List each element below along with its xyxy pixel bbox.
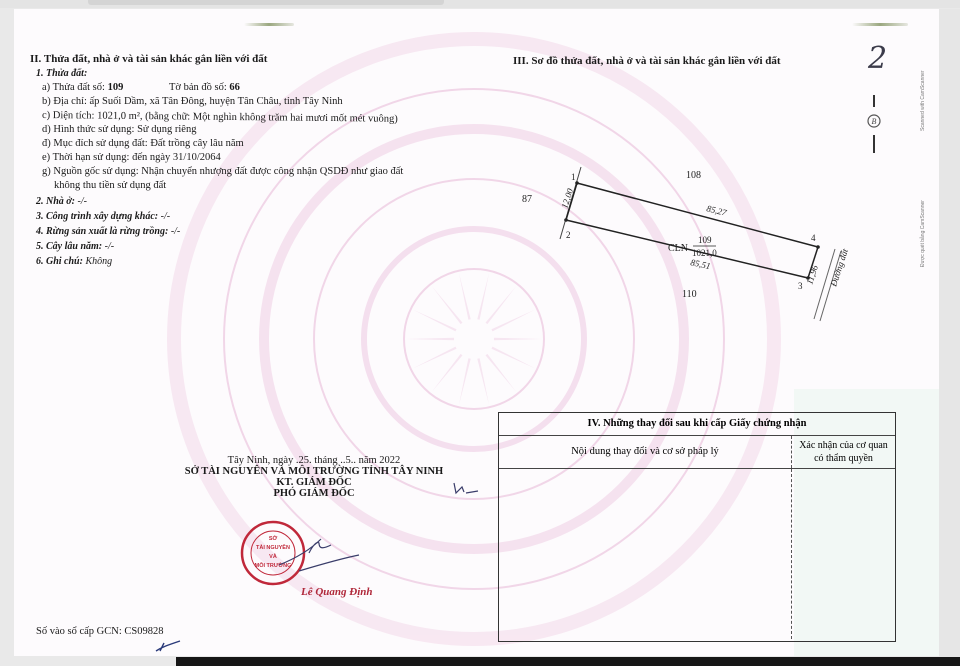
- viewer-bottom-bar: [176, 657, 960, 666]
- point-4-label: 4: [811, 233, 816, 243]
- parcel-number-line: a) Thửa đất số: 109: [42, 82, 123, 93]
- section-2-sub-heading: 1. Thửa đất:: [36, 68, 87, 79]
- viewer-scrollbar[interactable]: [939, 9, 960, 666]
- change-content-cell: [499, 469, 792, 639]
- usage-form-line: d) Hình thức sử dụng: Sử dụng riêng: [42, 124, 196, 135]
- scan-smudge: [244, 23, 294, 26]
- initials-mark-footer: [154, 639, 184, 653]
- note-item: 6. Ghi chú: Không: [36, 256, 112, 267]
- perennial-tree-item: 5. Cây lâu năm: -/-: [36, 241, 114, 252]
- parcel-area: 1021,0: [692, 248, 717, 258]
- scan-smudge: [852, 23, 908, 26]
- issue-date: Tây Ninh, ngày .25. tháng ..5.. năm 2022: [164, 455, 464, 466]
- other-construction-item: 3. Công trình xây dựng khác: -/-: [36, 211, 170, 222]
- official-stamp: SỞ TÀI NGUYÊN VÀ MÔI TRƯỜNG: [239, 519, 379, 589]
- road-label: Đường đất: [828, 247, 850, 289]
- column-change-content: Nội dung thay đổi và cơ sở pháp lý: [499, 436, 792, 468]
- gcn-register-number: Số vào sổ cấp GCN: CS09828: [36, 626, 163, 637]
- origin-line: g) Nguồn gốc sử dụng: Nhận chuyển nhượng…: [42, 166, 403, 177]
- margin-seal-mark: B: [864, 95, 884, 161]
- parcel-number-value: 109: [108, 82, 124, 93]
- neighbor-south: 110: [682, 289, 697, 300]
- origin-line-cont: không thu tiền sử dụng đất: [54, 180, 166, 191]
- signer-role-2: PHÓ GIÁM ĐỐC: [164, 488, 464, 499]
- section-2-heading: II. Thửa đất, nhà ở và tài sản khác gắn …: [30, 53, 267, 65]
- neighbor-north: 108: [686, 170, 701, 181]
- point-3-label: 3: [798, 281, 803, 291]
- viewer-tab-handle[interactable]: [88, 0, 444, 5]
- parcel-diagram: 1 2 3 4 108 87 110 12,00 85,27 85,51 11,…: [500, 159, 860, 329]
- planted-forest-item: 4. Rừng sản xuất là rừng trồng: -/-: [36, 226, 180, 237]
- map-sheet-label: Tờ bản đồ số:: [169, 82, 229, 93]
- changes-table-body: [499, 469, 895, 639]
- point-1-label: 1: [571, 172, 576, 182]
- scanner-mark-side: Được quét bằng CamScanner: [920, 200, 926, 267]
- usage-term-line: e) Thời hạn sử dụng: đến ngày 31/10/2064: [42, 152, 221, 163]
- map-sheet-line: Tờ bản đồ số: 66: [169, 82, 240, 93]
- viewer-top-bar: [0, 0, 960, 8]
- section-3-heading: III. Sơ đồ thửa đất, nhà ở và tài sản kh…: [513, 55, 781, 67]
- edge-1-4-length: 85,27: [706, 203, 729, 218]
- initials-mark: [452, 479, 480, 499]
- area-line: c) Diện tích: 1021,0 m², (bằng chữ: Một …: [42, 110, 398, 125]
- svg-text:SỞ: SỞ: [269, 535, 278, 542]
- svg-text:VÀ: VÀ: [269, 553, 277, 560]
- edge-2-3-length: 85,51: [690, 257, 712, 271]
- svg-text:B: B: [872, 117, 877, 126]
- address-line: b) Địa chỉ: ấp Suối Dầm, xã Tân Đông, hu…: [42, 96, 343, 107]
- scanner-mark-top: Scanned with CamScanner: [920, 70, 926, 131]
- signer-name: Lê Quang Định: [301, 586, 373, 598]
- signer-role-1: KT. GIÁM ĐỐC: [164, 477, 464, 488]
- edge-3-4-length: 11,96: [804, 263, 820, 285]
- certificate-page: II. Thửa đất, nhà ở và tài sản khác gắn …: [14, 9, 939, 656]
- section-4-heading: IV. Những thay đổi sau khi cấp Giấy chứn…: [499, 413, 895, 436]
- neighbor-west: 87: [522, 194, 532, 205]
- changes-table-header: Nội dung thay đổi và cơ sở pháp lý Xác n…: [499, 436, 895, 469]
- changes-table: IV. Những thay đổi sau khi cấp Giấy chứn…: [498, 412, 896, 642]
- house-item: 2. Nhà ở: -/-: [36, 196, 87, 207]
- parcel-number: 109: [698, 235, 712, 245]
- land-purpose-line: đ) Mục đích sử dụng đất: Đất trồng cây l…: [42, 138, 244, 149]
- handwritten-page-number: 2: [868, 41, 887, 76]
- signature-block: Tây Ninh, ngày .25. tháng ..5.. năm 2022…: [164, 455, 464, 499]
- map-sheet-value: 66: [229, 82, 240, 93]
- parcel-use-code: CLN: [668, 243, 688, 254]
- point-2-label: 2: [566, 230, 571, 240]
- issuing-organization: SỞ TÀI NGUYÊN VÀ MÔI TRƯỜNG TỈNH TÂY NIN…: [164, 466, 464, 477]
- svg-text:TÀI NGUYÊN: TÀI NGUYÊN: [256, 543, 290, 551]
- column-authority-confirmation: Xác nhận của cơ quan có thẩm quyền: [792, 436, 895, 468]
- parcel-number-label: a) Thửa đất số:: [42, 82, 108, 93]
